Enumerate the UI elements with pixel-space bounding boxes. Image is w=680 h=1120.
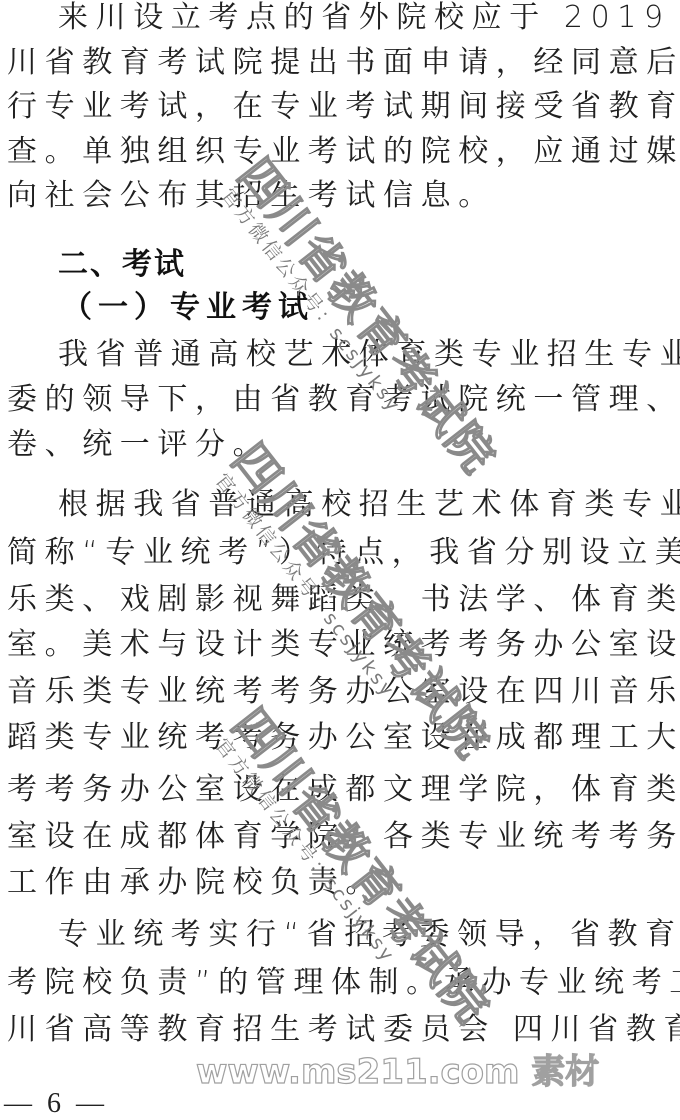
paragraph-line: 室。美术与设计类专业统考考务办公室设在四川师范大学， [7, 627, 680, 663]
paragraph-line: 卷、统一评分。 [7, 427, 680, 463]
paragraph-line: 川省教育考试院提出书面申请，经同意后，在指定的考点进 [7, 45, 680, 81]
document-page: 来川设立考点的省外院校应于 2019 年 1 月 15 日前向四 川省教育考试院… [0, 0, 680, 1120]
paragraph-line: 考考务办公室设在成都文理学院，体育类专业统考考务办公 [7, 772, 680, 808]
subsection-heading: （一）专业考试 [62, 290, 314, 326]
paragraph-line: 工作由承办院校负责。 [7, 865, 680, 901]
paragraph-line: 我省普通高校艺术体育类专业招生专业考试在省招考 [58, 337, 680, 373]
paragraph-line: 根据我省普通高校招生艺术体育类专业统一考试（以下 [58, 487, 680, 523]
paragraph-line: 乐类、戏剧影视舞蹈类、书法学、体育类专业统考考务办公 [7, 582, 680, 618]
paragraph-line: 来川设立考点的省外院校应于 2019 年 1 月 15 日前向四 [58, 0, 680, 36]
paragraph-line: 委的领导下，由省教育考试院统一管理、统一命题、统一制 [7, 382, 680, 418]
site-watermark: www.ms211.com 素材 [196, 1044, 599, 1093]
page-number: — 6 — [4, 1088, 108, 1120]
section-heading: 二、考试 [58, 247, 186, 283]
paragraph-line: 考院校负责”的管理体制。承办专业统考工作的院校按《四 [7, 965, 680, 1001]
paragraph-line: 川省高等教育招生考试委员会 四川省教育厅关于进一步做 [7, 1012, 680, 1048]
paragraph-line: 专业统考实行“省招考委领导，省教育考试院管理，办 [58, 917, 680, 953]
paragraph-line: 室设在成都体育学院。各类专业统考考务办公室的日常考务 [7, 819, 680, 855]
paragraph-line: 行专业考试，在专业考试期间接受省教育考试院的监督检 [7, 89, 680, 125]
paragraph-line: 蹈类专业统考考务办公室设在成都理工大学，书法学专业统 [7, 720, 680, 756]
paragraph-line: 向社会公布其招生考试信息。 [7, 178, 680, 214]
paragraph-line: 查。单独组织专业考试的院校，应通过媒体和本校招生网站 [7, 134, 680, 170]
paragraph-line: 音乐类专业统考考务办公室设在四川音乐学院，戏剧影视舞 [7, 674, 680, 710]
paragraph-line: 简称“专业统考”）特点，我省分别设立美术与设计类、音 [7, 535, 680, 571]
